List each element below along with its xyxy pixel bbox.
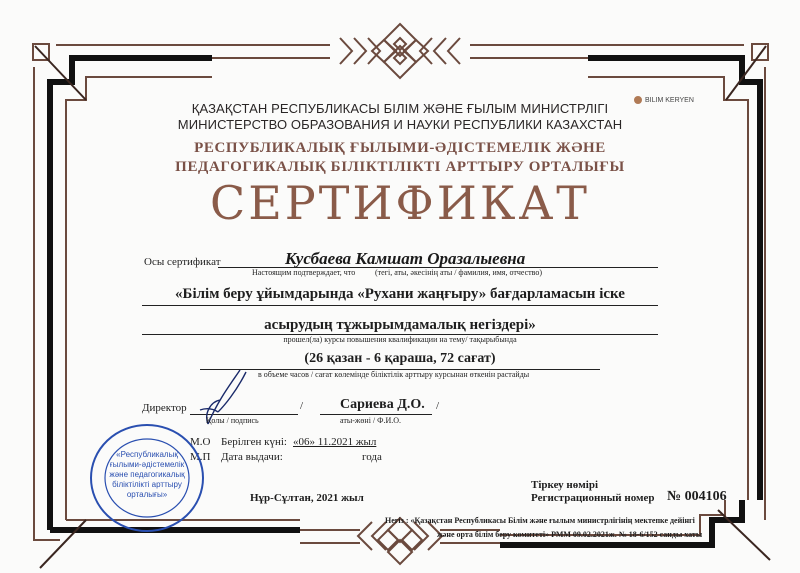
reg-label-ru: Регистрационный номер bbox=[531, 492, 654, 504]
recipient-name: Кусбаева Камшат Оразалыевна bbox=[285, 249, 525, 269]
basis-line-1: Негіз : «Қазақстан Республикасы Білім жә… bbox=[385, 516, 695, 525]
basis-line-2: және орта білім беру комитеті» РММ 09.02… bbox=[437, 530, 702, 539]
certificate-title: СЕРТИФИКАТ bbox=[0, 176, 800, 230]
director-name-caption: аты-жөні / Ф.И.О. bbox=[340, 416, 401, 425]
recipient-name-caption: (тегі, аты, әкесінің аты / фамилия, имя,… bbox=[375, 268, 542, 277]
city-year: Нұр-Сұлтан, 2021 жыл bbox=[250, 492, 364, 504]
signature-caption: Қолы / подпись bbox=[206, 416, 259, 425]
stamp-center-text: «Республикалық ғылыми-әдістемелік және п… bbox=[88, 450, 206, 500]
reg-number: № 004106 bbox=[667, 489, 727, 505]
slash-1: / bbox=[300, 400, 303, 412]
course-topic-caption: прошел(ла) курсы повышения квалификации … bbox=[0, 335, 800, 344]
course-topic-line-1: «Білім беру ұйымдарында «Рухани жаңғыру»… bbox=[0, 286, 800, 303]
duration-caption: в объеме часов / сағат көлемінде білікті… bbox=[258, 370, 529, 379]
issued-date: «06» 11.2021 жыл bbox=[293, 436, 376, 448]
course-duration: (26 қазан - 6 қараша, 72 сағат) bbox=[0, 351, 800, 367]
topic-underline-1 bbox=[142, 305, 658, 306]
ministry-kz: ҚАЗАҚСТАН РЕСПУБЛИКАСЫ БІЛІМ ЖӘНЕ ҒЫЛЫМ … bbox=[0, 101, 800, 117]
official-stamp: «Республикалық ғылыми-әдістемелік және п… bbox=[88, 422, 206, 534]
recipient-prefix: Осы сертификат bbox=[144, 256, 221, 268]
director-name: Сариева Д.О. bbox=[340, 397, 425, 413]
ministry-header: ҚАЗАҚСТАН РЕСПУБЛИКАСЫ БІЛІМ ЖӘНЕ ҒЫЛЫМ … bbox=[0, 101, 800, 133]
reg-label-kz: Тіркеу нөмірі bbox=[531, 479, 598, 491]
course-topic-line-2: асырудың тұжырымдамалық негіздері» bbox=[0, 317, 800, 334]
slash-2: / bbox=[436, 400, 439, 412]
director-label: Директор bbox=[142, 402, 187, 414]
center-line-1: РЕСПУБЛИКАЛЫҚ ҒЫЛЫМИ-ӘДІСТЕМЕЛІК ЖӘНЕ bbox=[0, 139, 800, 158]
director-name-line bbox=[320, 414, 432, 415]
center-name: РЕСПУБЛИКАЛЫҚ ҒЫЛЫМИ-ӘДІСТЕМЕЛІК ЖӘНЕ ПЕ… bbox=[0, 139, 800, 177]
ministry-ru: МИНИСТЕРСТВО ОБРАЗОВАНИЯ И НАУКИ РЕСПУБЛ… bbox=[0, 117, 800, 133]
year-word: года bbox=[362, 451, 382, 463]
recipient-confirm-caption: Настоящим подтверждает, что bbox=[252, 268, 355, 277]
issued-ru-label: Дата выдачи: bbox=[221, 451, 283, 463]
center-line-2: ПЕДАГОГИКАЛЫҚ БІЛІКТІЛІКТІ АРТТЫРУ ОРТАЛ… bbox=[0, 158, 800, 177]
issued-kz-label: Берілген күні: bbox=[221, 436, 287, 448]
